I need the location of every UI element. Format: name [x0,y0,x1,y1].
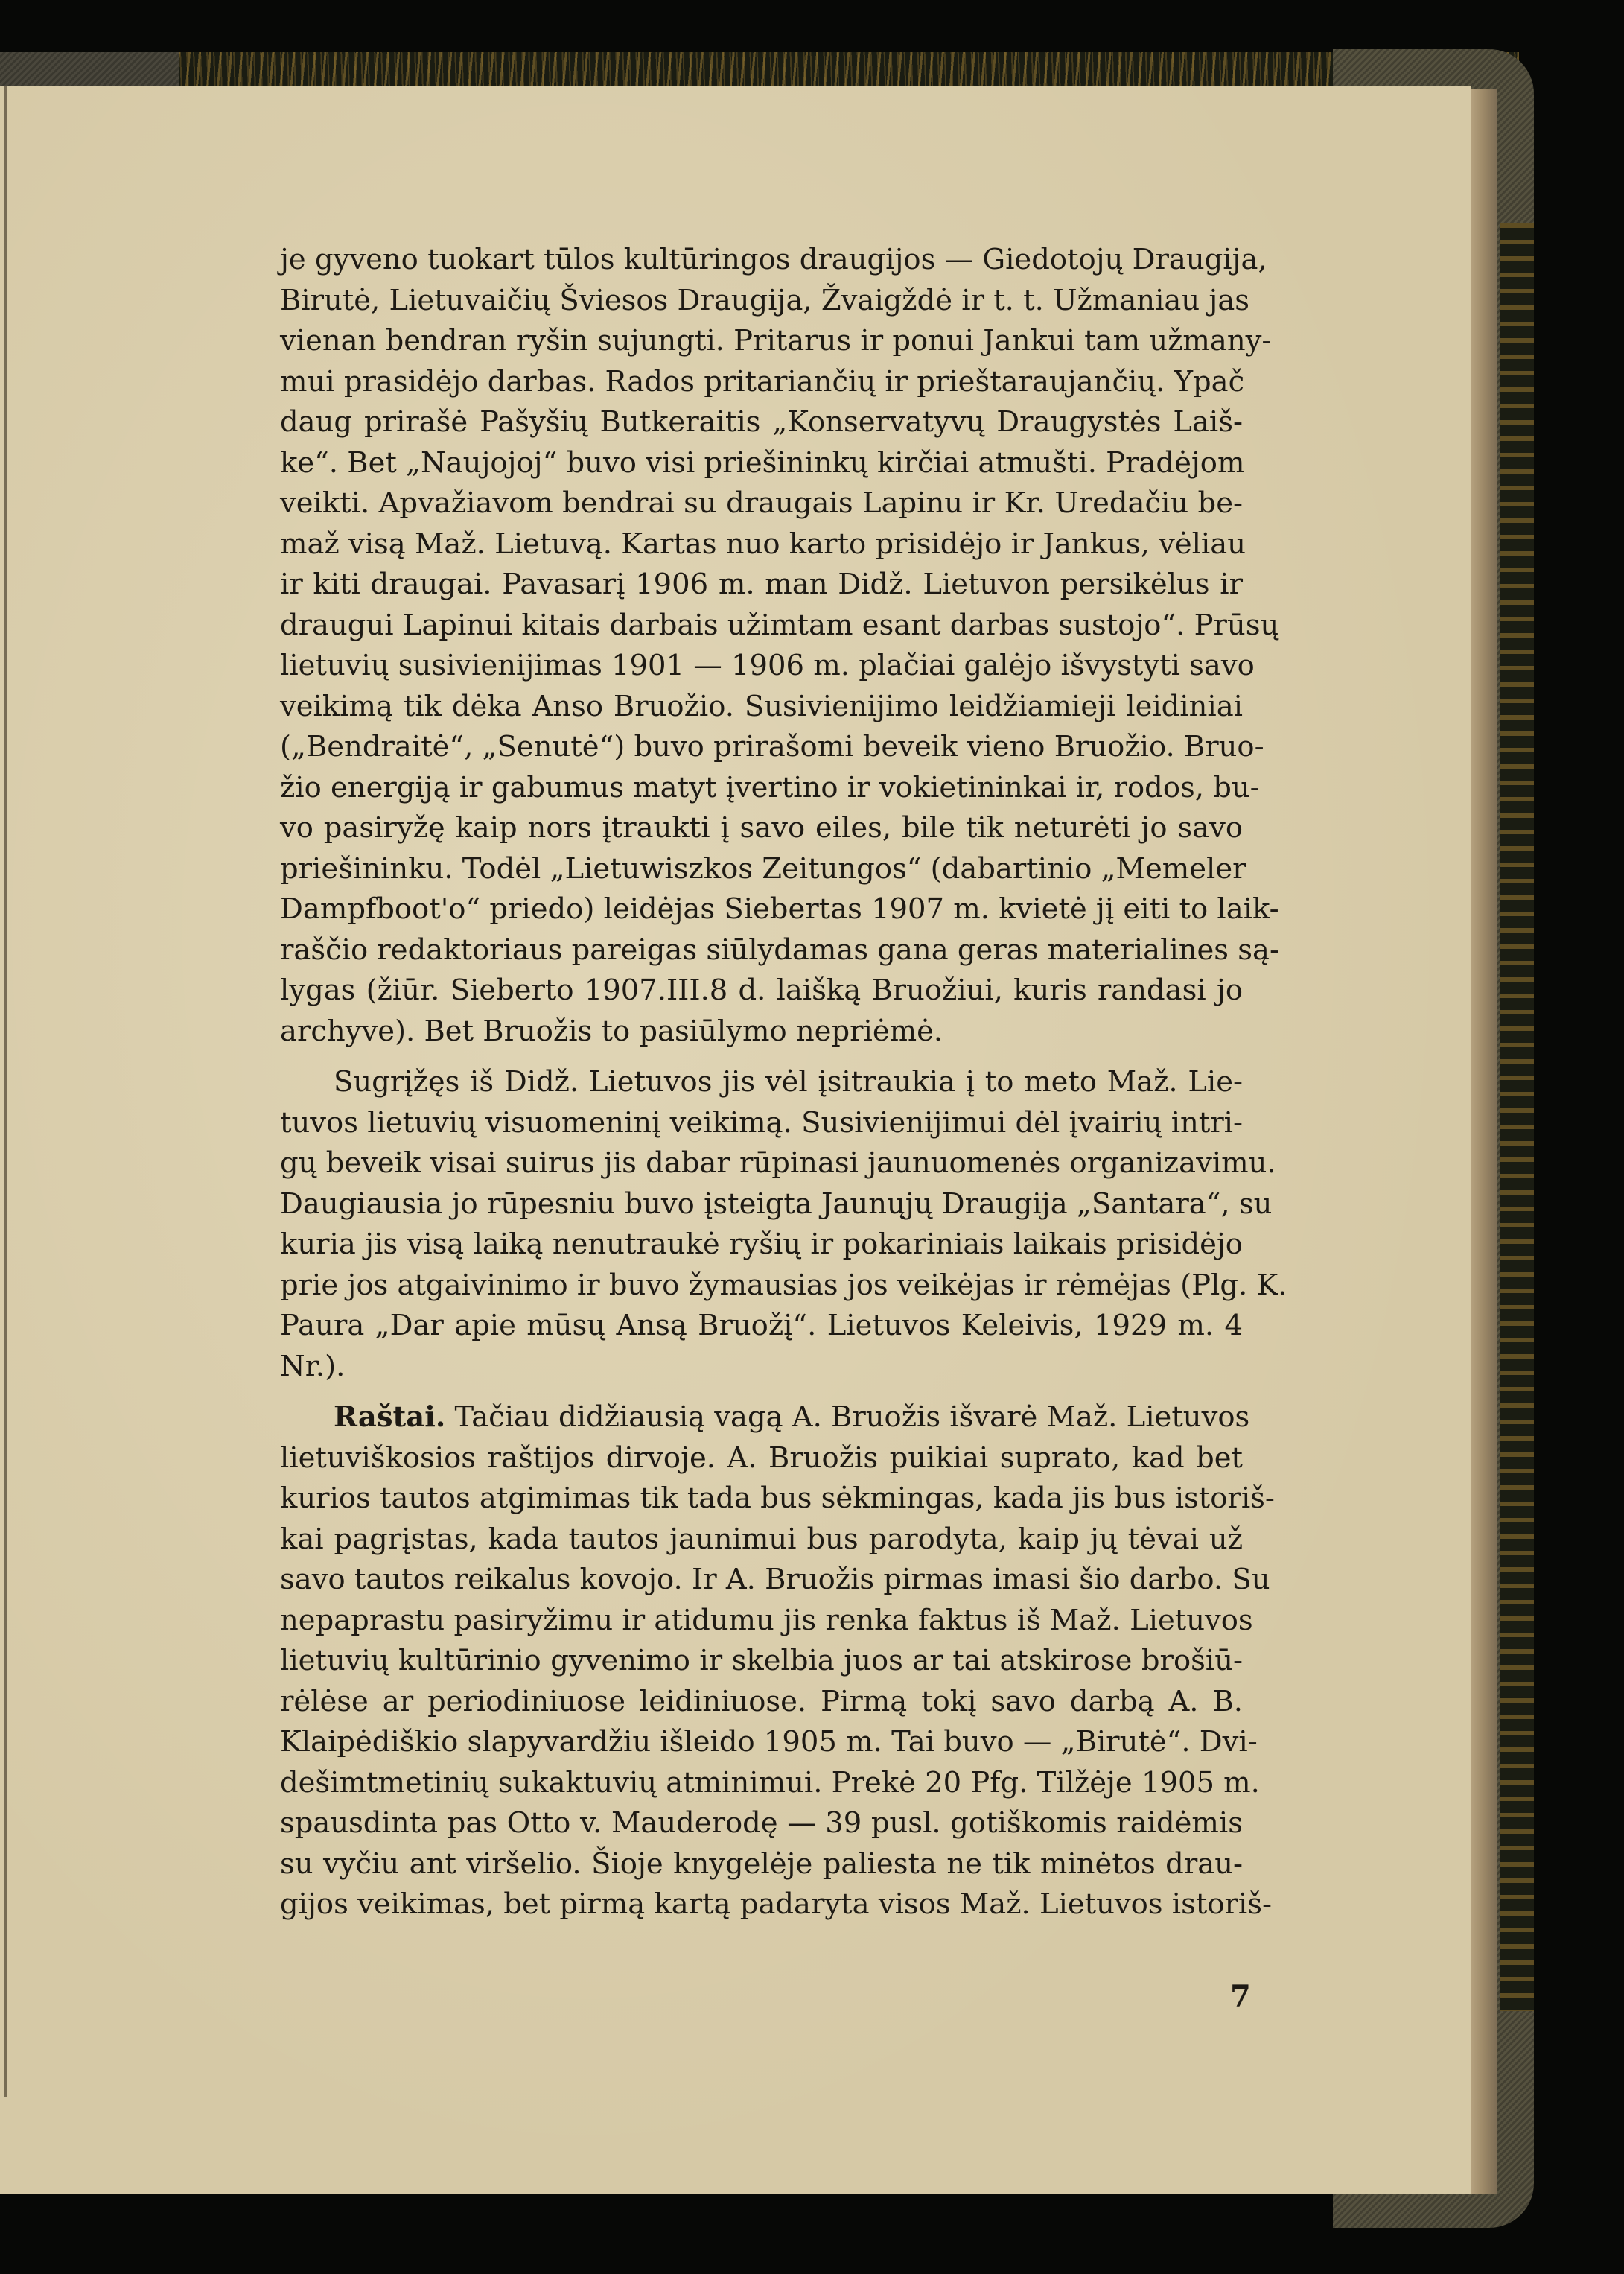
section-heading: Raštai. [334,1400,445,1434]
text-line: žio energiją ir gabumus matyt įvertino i… [280,768,1243,809]
text-line: gijos veikimas, bet pirmą kartą padaryta… [280,1884,1243,1925]
text-line: priešininku. Todėl „Lietuwiszkos Zeitung… [280,849,1243,890]
text-line-content: Tačiau didžiausią vagą A. Bruožis išvarė… [455,1400,1250,1434]
text-line: tuvos lietuvių visuomeninį veikimą. Susi… [280,1103,1243,1144]
text-line: lietuviškosios raštijos dirvoje. A. Bruo… [280,1438,1243,1479]
text-line: je gyveno tuokart tūlos kultūringos drau… [280,240,1243,281]
text-line: savo tautos reikalus kovojo. Ir A. Bruož… [280,1560,1243,1601]
text-line: mui prasidėjo darbas. Rados pritariančių… [280,362,1243,403]
text-line: spausdinta pas Otto v. Mauderodę — 39 pu… [280,1803,1243,1844]
page-number: 7 [1230,1979,1251,2014]
text-line: kai pagrįstas, kada tautos jaunimui bus … [280,1519,1243,1560]
text-line: Birutė, Lietuvaičių Šviesos Draugija, Žv… [280,281,1243,322]
paragraph-2: Sugrįžęs iš Didž. Lietuvos jis vėl įsitr… [280,1062,1243,1387]
text-line: draugui Lapinui kitais darbais užimtam e… [280,606,1243,647]
text-line: kurios tautos atgimimas tik tada bus sėk… [280,1479,1243,1519]
text-line: Daugiausia jo rūpesniu buvo įsteigta Jau… [280,1184,1243,1225]
text-line: prie jos atgaivinimo ir buvo žymausias j… [280,1265,1243,1306]
text-line: maž visą Maž. Lietuvą. Kartas nuo karto … [280,524,1243,565]
text-line: vo pasiryžę kaip nors įtraukti į savo ei… [280,808,1243,849]
text-line: Paura „Dar apie mūsų Ansą Bruožį“. Lietu… [280,1306,1243,1347]
text-line: rėlėse ar periodiniuose leidiniuose. Pir… [280,1682,1243,1723]
text-line: Nr.). [280,1347,1243,1388]
text-line: vienan bendran ryšin sujungti. Pritarus … [280,321,1243,362]
text-line: Klaipėdiškio slapyvardžiu išleido 1905 m… [280,1722,1243,1763]
text-line: raščio redaktoriaus pareigas siūlydamas … [280,930,1243,971]
text-line: ke“. Bet „Naujojoj“ buvo visi priešinink… [280,443,1243,484]
text-line: veikimą tik dėka Anso Bruožio. Susivieni… [280,687,1243,728]
gutter-binding [4,86,7,2097]
text-line: nepaprastu pasiryžimu ir atidumu jis ren… [280,1601,1243,1642]
text-line: su vyčiu ant viršelio. Šioje knygelėje p… [280,1844,1243,1885]
paragraph-3: Raštai. Tačiau didžiausią vagą A. Bruoži… [280,1397,1243,1925]
book-cover-right-edge [1500,223,1534,2011]
text-line: Dampfboot'o“ priedo) leidėjas Siebertas … [280,889,1243,930]
text-line: ir kiti draugai. Pavasarį 1906 m. man Di… [280,565,1243,606]
page-body: je gyveno tuokart tūlos kultūringos drau… [280,240,1243,1925]
text-line: Raštai. Tačiau didžiausią vagą A. Bruoži… [280,1397,1243,1438]
paragraph-1: je gyveno tuokart tūlos kultūringos drau… [280,240,1243,1052]
text-line: archyve). Bet Bruožis to pasiūlymo nepri… [280,1011,1243,1052]
text-line: daug prirašė Pašyšių Butkeraitis „Konser… [280,402,1243,443]
text-line: („Bendraitė“, „Senutė“) buvo prirašomi b… [280,727,1243,768]
text-line: veikti. Apvažiavom bendrai su draugais L… [280,483,1243,524]
text-line: lietuvių kultūrinio gyvenimo ir skelbia … [280,1641,1243,1682]
text-line: Sugrįžęs iš Didž. Lietuvos jis vėl įsitr… [280,1062,1243,1103]
text-line: lietuvių susivienijimas 1901 — 1906 m. p… [280,646,1243,687]
text-line: lygas (žiūr. Sieberto 1907.III.8 d. laiš… [280,971,1243,1011]
text-line: dešimtmetinių sukaktuvių atminimui. Prek… [280,1763,1243,1804]
text-line: kuria jis visą laiką nenutraukė ryšių ir… [280,1225,1243,1265]
text-line: gų beveik visai suirus jis dabar rūpinas… [280,1143,1243,1184]
